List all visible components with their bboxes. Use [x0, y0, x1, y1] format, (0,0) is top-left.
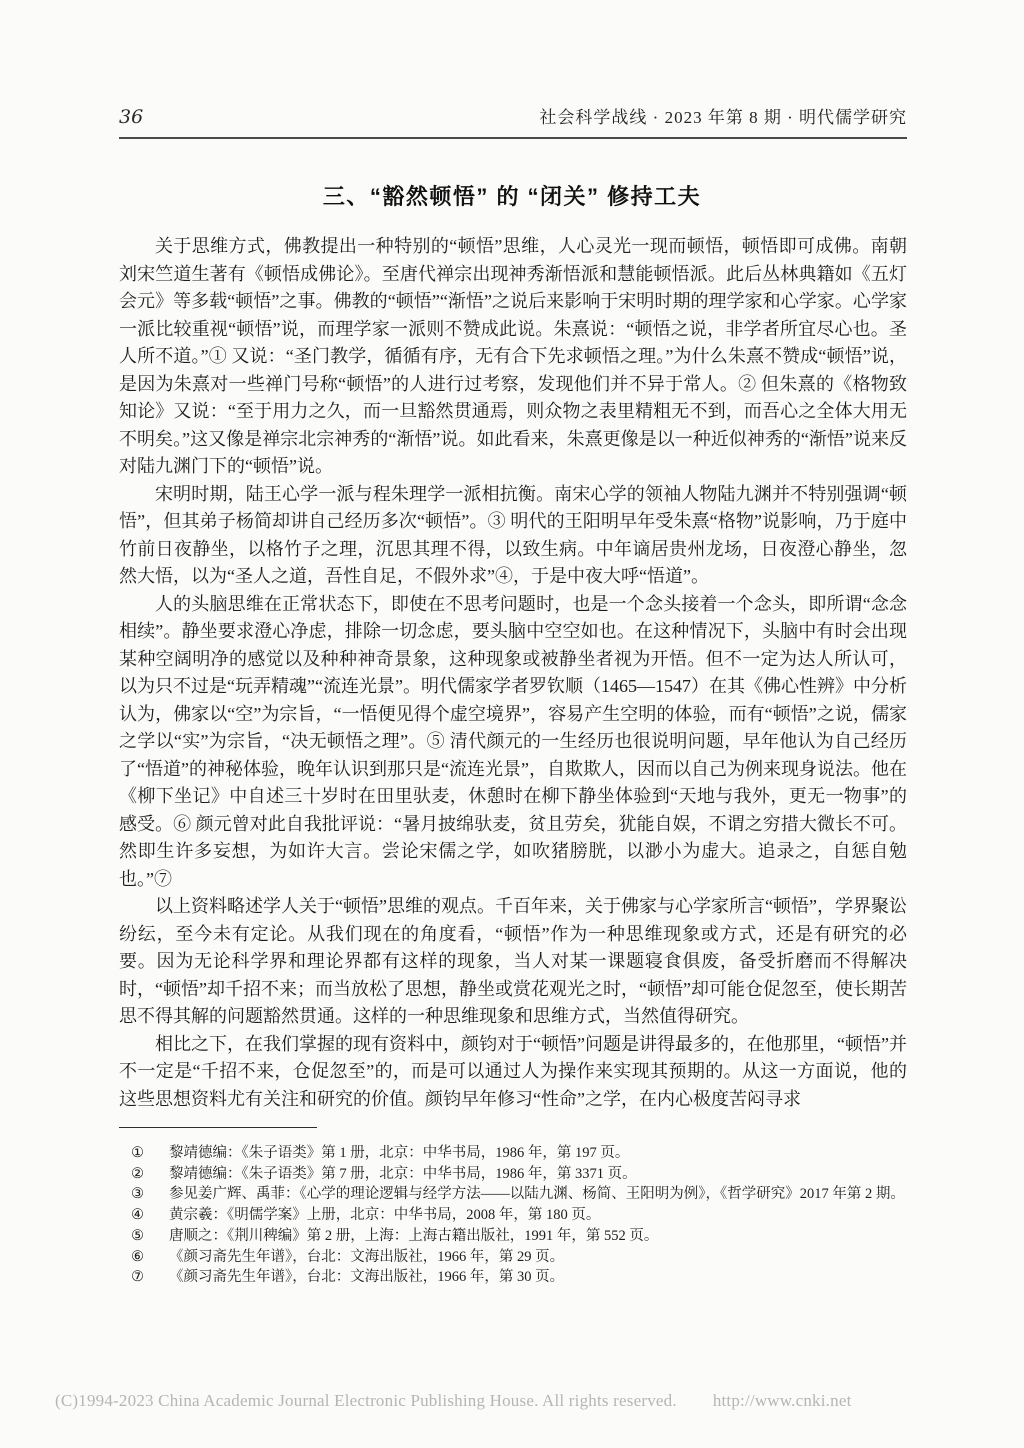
footnote-marker: ④	[131, 1205, 169, 1226]
article-body: 关于思维方式，佛教提出一种特别的“顿悟”思维，人心灵光一现而顿悟，顿悟即可成佛。…	[119, 233, 907, 1113]
paragraph-2: 宋明时期，陆王心学一派与程朱理学一派相抗衡。南宋心学的领袖人物陆九渊并不特别强调…	[119, 481, 907, 591]
journal-issue-title: 社会科学战线 · 2023 年第 8 期 · 明代儒学研究	[539, 103, 907, 128]
footnote-5: ⑤ 唐顺之：《荆川稗编》第 2 册，上海：上海古籍出版社，1991 年，第 55…	[131, 1226, 911, 1247]
copyright-text: (C)1994-2023 China Academic Journal Elec…	[55, 1391, 677, 1410]
page-number: 36	[119, 106, 143, 128]
document-page: 36 社会科学战线 · 2023 年第 8 期 · 明代儒学研究 三、“豁然顿悟…	[0, 0, 1024, 1448]
footnote-text: 唐顺之：《荆川稗编》第 2 册，上海：上海古籍出版社，1991 年，第 552 …	[169, 1226, 911, 1247]
footnote-7: ⑦ 《颜习斋先生年谱》，台北：文海出版社，1966 年，第 30 页。	[131, 1267, 911, 1288]
footnote-marker: ①	[131, 1143, 169, 1164]
section-title: 三、“豁然顿悟” 的 “闭关” 修持工夫	[0, 180, 1024, 211]
footnote-2: ② 黎靖德编：《朱子语类》第 7 册，北京：中华书局，1986 年，第 3371…	[131, 1164, 911, 1185]
footnote-1: ① 黎靖德编：《朱子语类》第 1 册，北京：中华书局，1986 年，第 197 …	[131, 1143, 911, 1164]
header-divider	[119, 137, 907, 139]
copyright-footer: (C)1994-2023 China Academic Journal Elec…	[55, 1391, 852, 1411]
footnote-text: 参见姜广辉、禹菲：《心学的理论逻辑与经学方法——以陆九渊、杨简、王阳明为例》，《…	[169, 1184, 911, 1205]
footnote-3: ③ 参见姜广辉、禹菲：《心学的理论逻辑与经学方法——以陆九渊、杨简、王阳明为例》…	[131, 1184, 911, 1205]
footnote-marker: ⑤	[131, 1226, 169, 1247]
footnote-6: ⑥ 《颜习斋先生年谱》，台北：文海出版社，1966 年，第 29 页。	[131, 1247, 911, 1268]
footnote-text: 《颜习斋先生年谱》，台北：文海出版社，1966 年，第 29 页。	[169, 1247, 911, 1268]
footnote-marker: ③	[131, 1184, 169, 1205]
page-header: 36 社会科学战线 · 2023 年第 8 期 · 明代儒学研究	[119, 103, 907, 128]
paragraph-1: 关于思维方式，佛教提出一种特别的“顿悟”思维，人心灵光一现而顿悟，顿悟即可成佛。…	[119, 233, 907, 481]
footnote-marker: ②	[131, 1164, 169, 1185]
footnote-text: 《颜习斋先生年谱》，台北：文海出版社，1966 年，第 30 页。	[169, 1267, 911, 1288]
footnote-4: ④ 黄宗羲：《明儒学案》上册，北京：中华书局，2008 年，第 180 页。	[131, 1205, 911, 1226]
footnote-marker: ⑥	[131, 1247, 169, 1268]
footnote-divider	[119, 1127, 317, 1128]
footnote-text: 黎靖德编：《朱子语类》第 7 册，北京：中华书局，1986 年，第 3371 页…	[169, 1164, 911, 1185]
footnote-list: ① 黎靖德编：《朱子语类》第 1 册，北京：中华书局，1986 年，第 197 …	[131, 1143, 911, 1288]
paragraph-3: 人的头脑思维在正常状态下，即使在不思考问题时，也是一个念头接着一个念头，即所谓“…	[119, 591, 907, 894]
footnote-text: 黎靖德编：《朱子语类》第 1 册，北京：中华书局，1986 年，第 197 页。	[169, 1143, 911, 1164]
footnote-text: 黄宗羲：《明儒学案》上册，北京：中华书局，2008 年，第 180 页。	[169, 1205, 911, 1226]
footnote-marker: ⑦	[131, 1267, 169, 1288]
paragraph-5: 相比之下，在我们掌握的现有资料中，颜钧对于“顿悟”问题是讲得最多的，在他那里，“…	[119, 1031, 907, 1114]
paragraph-4: 以上资料略述学人关于“顿悟”思维的观点。千百年来，关于佛家与心学家所言“顿悟”，…	[119, 893, 907, 1031]
cnki-url: http://www.cnki.net	[713, 1391, 852, 1410]
